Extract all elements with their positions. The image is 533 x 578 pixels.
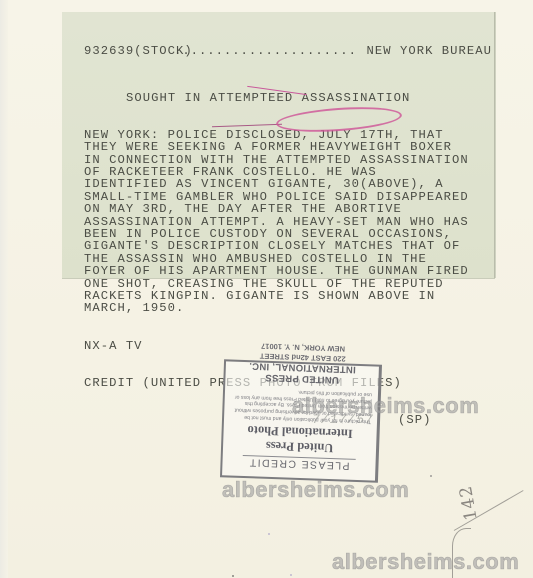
photo-edge [0,0,8,578]
watermark: albersheims.com [292,393,479,419]
pencil-curve [452,528,471,578]
caption-line: GIGANTE'S DESCRIPTION CLOSELY MATCHES TH… [84,240,494,252]
caption-line: FOYER OF HIS APARTMENT HOUSE. THE GUNMAN… [84,265,494,277]
upi-credit-stamp: PLEASE CREDIT United Press International… [220,359,382,482]
watermark: albersheims.com [222,477,409,503]
caption-header: 932639(STOCK) ...................... NEW… [84,45,494,59]
caption-line: ON MAY 3RD, THE DAY AFTER THE ABORTIVE [84,203,494,215]
ink-speck [290,574,292,576]
stamp-company: UNITED PRESS INTERNATIONAL, INC. [231,360,373,387]
ink-speck [430,475,432,477]
caption-line: MARCH, 1950. [84,302,494,314]
caption-line: THEY WERE SEEKING A FORMER HEAVYWEIGHT B… [84,141,494,153]
caption-body: NEW YORK: POLICE DISCLOSED, JULY 17TH, T… [84,129,494,315]
bureau: NEW YORK BUREAU [367,45,492,57]
headline: SOUGHT IN ATTEMPTEED ASSASSINATION [84,92,494,104]
ink-speck [232,575,234,577]
caption-line: IDENTIFIED AS VINCENT GIGANTE, 30(ABOVE)… [84,178,494,190]
ink-speck [268,533,270,535]
caption-slip: 932639(STOCK) ...................... NEW… [62,12,495,278]
stamp-agency-photo: United Press International Photo [229,422,371,457]
stamp-please-credit: PLEASE CREDIT [242,455,355,472]
leader-dots: ...................... [174,45,357,57]
watermark: albersheims.com [332,549,519,575]
